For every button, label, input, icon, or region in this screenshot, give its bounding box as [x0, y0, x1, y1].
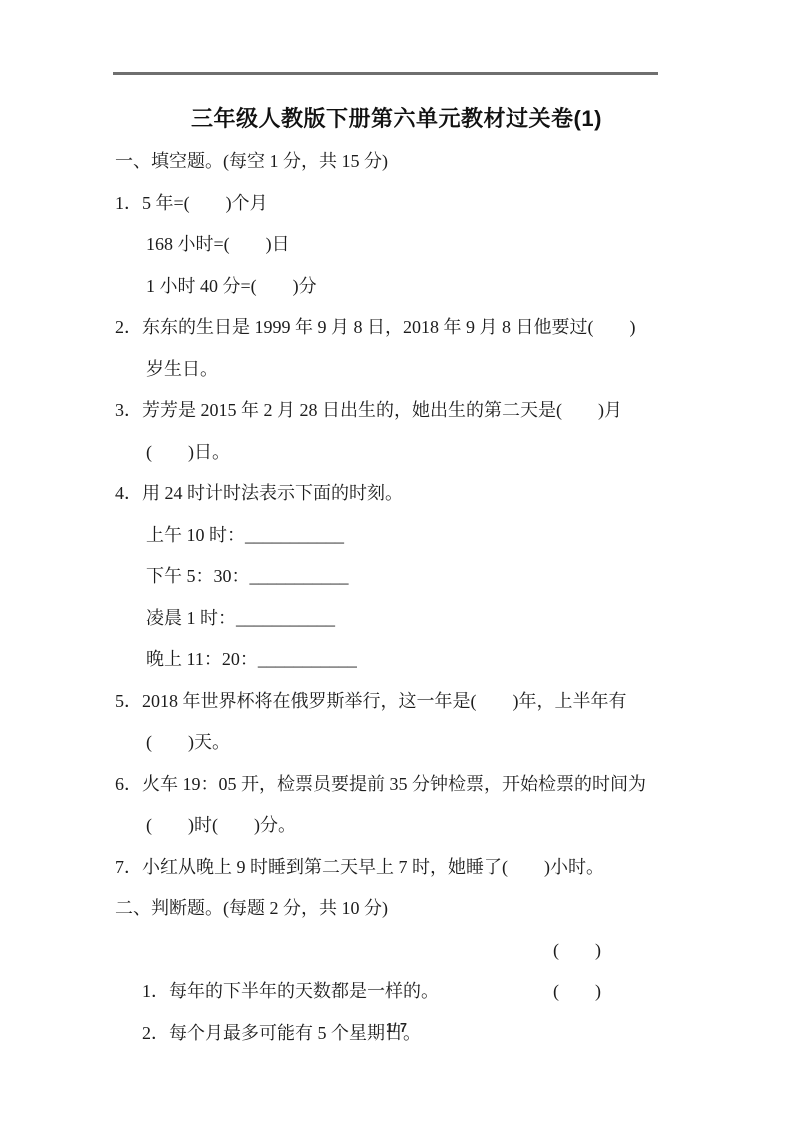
document-body: 一、填空题。(每空 1 分，共 15 分) 1．5 年=( )个月 168 小时…	[115, 141, 715, 1013]
line-text: 7．小红从晚上 9 时睡到第二天早上 7 时，她睡了( )小时。	[115, 857, 604, 877]
worksheet-page: 三年级人教版下册第六单元教材过关卷(1) 一、填空题。(每空 1 分，共 15 …	[0, 0, 793, 1122]
line-text: 下午 5：30：___________	[146, 566, 349, 586]
fill-q5-line-1: 5．2018 年世界杯将在俄罗斯举行，这一年是( )年，上半年有	[115, 681, 715, 723]
line-text: ( )天。	[146, 732, 230, 752]
fill-q7-line-1: 7．小红从晚上 9 时睡到第二天早上 7 时，她睡了( )小时。	[115, 847, 715, 889]
line-text: 1 小时 40 分=( )分	[146, 276, 317, 296]
line-text: 4．用 24 时计时法表示下面的时刻。	[115, 483, 403, 503]
fill-q4-blank-morning: 上午 10 时：___________	[115, 515, 715, 557]
fill-q6-line-1: 6．火车 19：05 开，检票员要提前 35 分钟检票，开始检票的时间为	[115, 764, 715, 806]
fill-q5-line-2: ( )天。	[115, 722, 715, 764]
fill-q6-line-2: ( )时( )分。	[115, 805, 715, 847]
page-title: 三年级人教版下册第六单元教材过关卷(1)	[0, 102, 793, 133]
fill-q4-blank-afternoon: 下午 5：30：___________	[115, 556, 715, 598]
fill-q1-line-2: 168 小时=( )日	[115, 224, 715, 266]
line-text: 6．火车 19：05 开，检票员要提前 35 分钟检票，开始检票的时间为	[115, 774, 646, 794]
fill-q2-line-1: 2．东东的生日是 1999 年 9 月 8 日，2018 年 9 月 8 日他要…	[115, 307, 715, 349]
fill-q3-line-1: 3．芳芳是 2015 年 2 月 28 日出生的，她出生的第二天是( )月	[115, 390, 715, 432]
line-text: 上午 10 时：___________	[146, 525, 344, 545]
fill-q1-line-3: 1 小时 40 分=( )分	[115, 266, 715, 308]
fill-q2-line-2: 岁生日。	[115, 349, 715, 391]
line-text: 5．2018 年世界杯将在俄罗斯举行，这一年是( )年，上半年有	[115, 691, 627, 711]
line-text: ( )时( )分。	[146, 815, 296, 835]
line-text: 岁生日。	[146, 359, 218, 379]
section-2-heading-text: 二、判断题。(每题 2 分，共 10 分)	[115, 898, 388, 918]
section-1-heading: 一、填空题。(每空 1 分，共 15 分)	[115, 141, 715, 183]
line-text: 168 小时=( )日	[146, 234, 290, 254]
line-text: 晚上 11：20：___________	[146, 649, 357, 669]
section-2-heading: 二、判断题。(每题 2 分，共 10 分)	[115, 888, 715, 930]
fill-q1-line-1: 1．5 年=( )个月	[115, 183, 715, 225]
line-text: 1．5 年=( )个月	[115, 193, 268, 213]
judge-q1-answer-parens: ( )	[553, 930, 601, 972]
line-text: 2．东东的生日是 1999 年 9 月 8 日，2018 年 9 月 8 日他要…	[115, 317, 636, 337]
line-text: 3．芳芳是 2015 年 2 月 28 日出生的，她出生的第二天是( )月	[115, 400, 622, 420]
fill-q4-blank-night: 晚上 11：20：___________	[115, 639, 715, 681]
page-number: 1/ 7	[0, 1021, 793, 1035]
fill-q3-line-2: ( )日。	[115, 432, 715, 474]
header-rule	[113, 72, 658, 75]
judge-q2: 2．每个月最多可能有 5 个星期日。 ( )	[115, 971, 715, 1013]
fill-q4-line-1: 4．用 24 时计时法表示下面的时刻。	[115, 473, 715, 515]
section-1-heading-text: 一、填空题。(每空 1 分，共 15 分)	[115, 151, 388, 171]
judge-q2-answer-parens: ( )	[553, 971, 601, 1013]
fill-q4-blank-dawn: 凌晨 1 时：___________	[115, 598, 715, 640]
line-text: 凌晨 1 时：___________	[146, 608, 335, 628]
judge-q1: 1．每年的下半年的天数都是一样的。 ( )	[115, 930, 715, 972]
line-text: ( )日。	[146, 442, 230, 462]
